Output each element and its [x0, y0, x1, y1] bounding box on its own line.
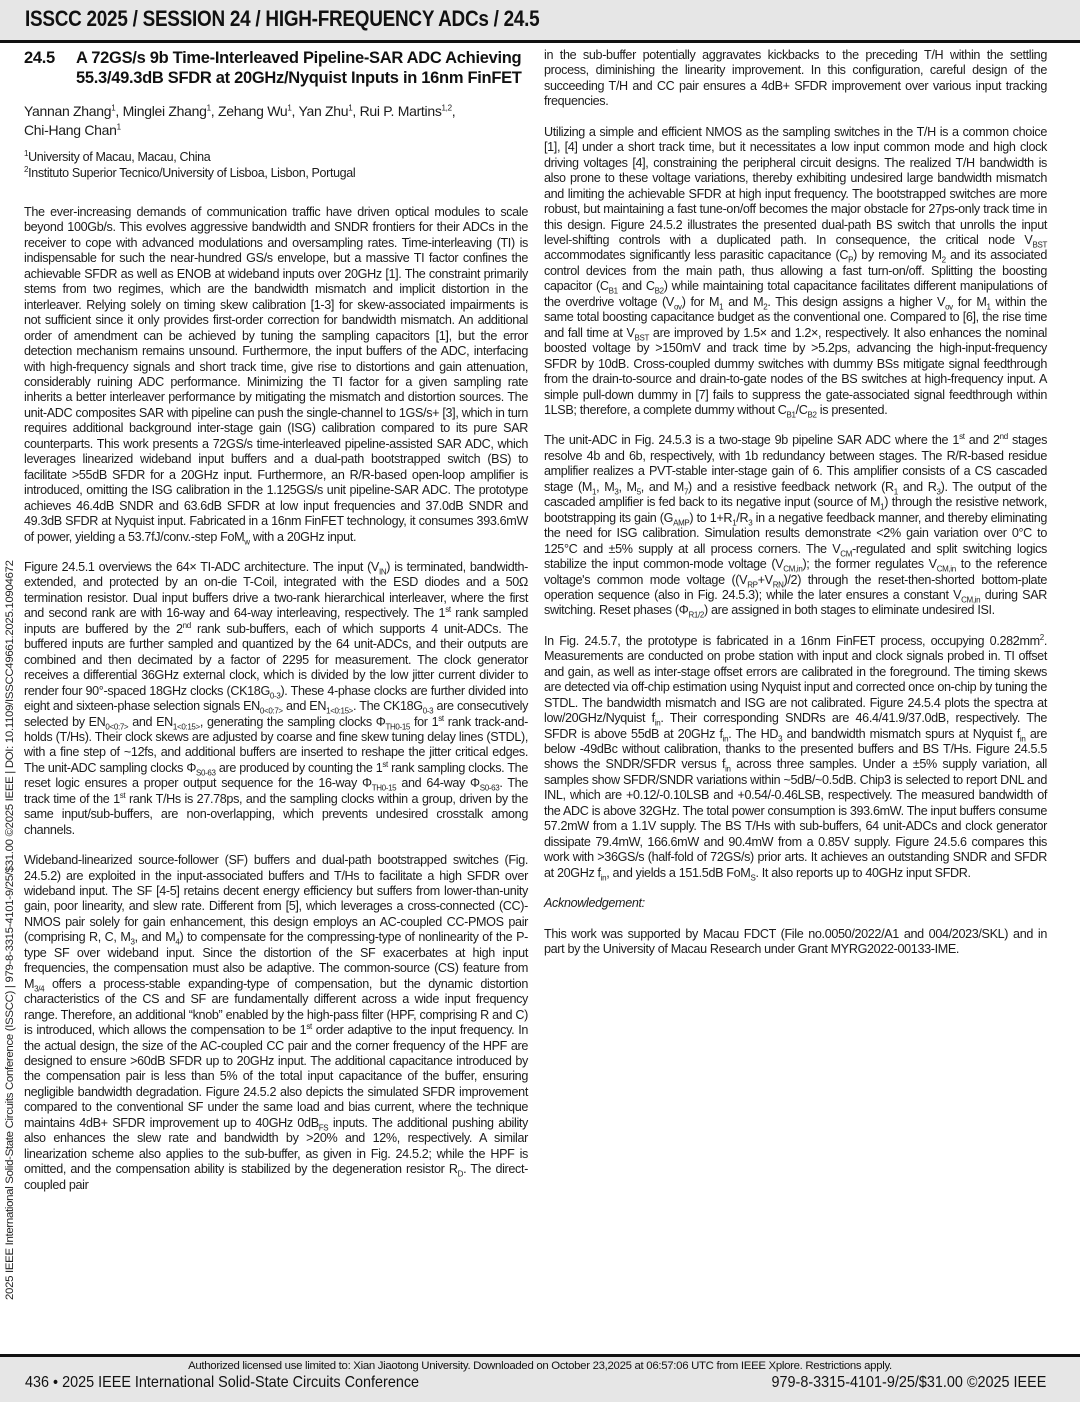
page-footer: Authorized licensed use limited to: Xian… [0, 1354, 1080, 1402]
affiliations: 1University of Macau, Macau, China2Insti… [24, 150, 528, 181]
doi-margin-text: 2025 IEEE International Solid-State Circ… [4, 400, 16, 1300]
author: Yannan Zhang1 [24, 103, 115, 119]
right-column: in the sub-buffer potentially aggravates… [544, 48, 1047, 972]
paragraph-unit-adc: The unit-ADC in Fig. 24.5.3 is a two-sta… [544, 433, 1047, 618]
paragraph-subbuffer: in the sub-buffer potentially aggravates… [544, 48, 1047, 110]
author-list: Yannan Zhang1, Minglei Zhang1, Zehang Wu… [24, 102, 528, 140]
left-column: 24.5 A 72GS/s 9b Time-Interleaved Pipeli… [24, 48, 528, 1208]
acknowledgement-text: This work was supported by Macau FDCT (F… [544, 927, 1047, 958]
author: Rui P. Martins1,2 [360, 103, 452, 119]
running-header: ISSCC 2025 / SESSION 24 / HIGH-FREQUENCY… [0, 0, 1080, 43]
author: Yan Zhu1 [298, 103, 352, 119]
paragraph-buffers: Wideband-linearized source-follower (SF)… [24, 853, 528, 1193]
paragraph-architecture: Figure 24.5.1 overviews the 64× TI-ADC a… [24, 560, 528, 838]
paper-title: 24.5 A 72GS/s 9b Time-Interleaved Pipeli… [24, 48, 528, 88]
author: Chi-Hang Chan1 [24, 122, 121, 138]
affiliation: 1University of Macau, Macau, China [24, 150, 528, 166]
paper-title-text: A 72GS/s 9b Time-Interleaved Pipeline-SA… [76, 48, 528, 88]
paragraph-measurements: In Fig. 24.5.7, the prototype is fabrica… [544, 634, 1047, 881]
affiliation: 2Instituto Superior Tecnico/University o… [24, 166, 528, 182]
page-number-conference: 436 • 2025 IEEE International Solid-Stat… [25, 1374, 419, 1392]
license-notice: Authorized licensed use limited to: Xian… [0, 1360, 1080, 1372]
paragraph-intro: The ever-increasing demands of communica… [24, 205, 528, 545]
isbn-copyright: 979-8-3315-4101-9/25/$31.00 ©2025 IEEE [771, 1374, 1046, 1392]
author: Zehang Wu1 [218, 103, 292, 119]
paper-number: 24.5 [24, 48, 76, 88]
paragraph-bootstrapped-switch: Utilizing a simple and efficient NMOS as… [544, 125, 1047, 419]
author: Minglei Zhang1 [123, 103, 211, 119]
acknowledgement-heading: Acknowledgement: [544, 896, 1047, 911]
session-title: ISSCC 2025 / SESSION 24 / HIGH-FREQUENCY… [25, 6, 539, 32]
